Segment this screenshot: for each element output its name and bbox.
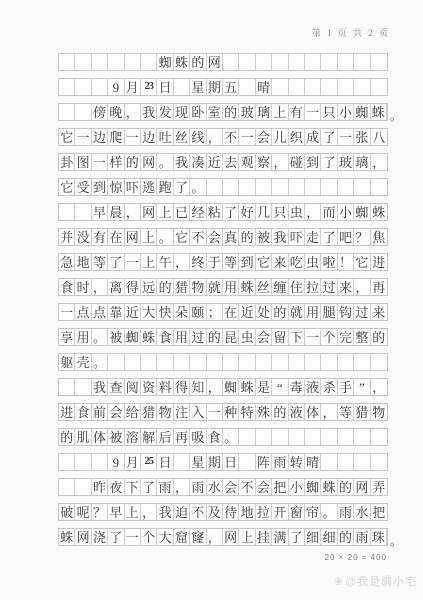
grid-cell: 用 <box>305 304 321 320</box>
grid-cell: 不 <box>239 479 255 495</box>
grid-cell: 上 <box>141 229 157 245</box>
grid-cell: 会 <box>108 404 124 420</box>
grid-cell: 到 <box>239 254 255 270</box>
grid-cell <box>223 179 239 195</box>
grid-cell <box>371 79 387 95</box>
grid-cell: 虫 <box>239 329 255 345</box>
grid-cell <box>141 54 157 70</box>
grid-cell: 会 <box>207 229 223 245</box>
grid-cell <box>354 354 370 370</box>
grid-cell: 一 <box>125 129 141 145</box>
grid-cell <box>75 454 91 470</box>
grid-cell <box>338 454 354 470</box>
watermark: ❀@我是满小宅 <box>334 573 417 589</box>
grid-cell <box>272 79 288 95</box>
grid-cell: 小 <box>338 104 354 120</box>
grid-cell <box>92 79 108 95</box>
grid-cell: 了 <box>321 129 337 145</box>
grid-cell: 用 <box>75 329 91 345</box>
grid-cell: 25 <box>141 454 157 470</box>
grid-cell <box>239 179 255 195</box>
grid-cell: 的 <box>190 54 206 70</box>
grid-cell: 蛛 <box>141 329 157 345</box>
grid-cell: 腿 <box>321 304 337 320</box>
grid-cell: 雨 <box>272 454 288 470</box>
grid-cell: 边 <box>141 129 157 145</box>
grid-cell: 昨 <box>92 479 108 495</box>
grid-cell: 钩 <box>338 304 354 320</box>
grid-cell: 它 <box>59 179 75 195</box>
grid-cell: 期 <box>207 454 223 470</box>
grid-cell <box>321 79 337 95</box>
grid-cell: 不 <box>223 129 239 145</box>
grid-cell <box>256 179 272 195</box>
grid-cell: 上 <box>239 529 255 545</box>
grid-cell: 于 <box>207 254 223 270</box>
grid-cell: 弄 <box>371 479 387 495</box>
grid-cell <box>272 179 288 195</box>
grid-cell: 离 <box>108 279 124 295</box>
grid-row: 它受到惊吓逃跑了。 <box>58 178 388 196</box>
grid-cell: 凑 <box>190 154 206 170</box>
grid-cell: 儿 <box>272 129 288 145</box>
grid-cell <box>321 454 337 470</box>
grid-cell: 网 <box>223 529 239 545</box>
grid-row: 9月25日星期日阵雨转晴 <box>58 453 388 471</box>
grid-cell: 待 <box>223 504 239 520</box>
grid-cell <box>92 54 108 70</box>
grid-cell: 日 <box>157 454 173 470</box>
grid-cell: 网 <box>354 479 370 495</box>
grid-cell <box>305 354 321 370</box>
grid-cell: 傍 <box>92 104 108 120</box>
grid-cell: 成 <box>305 129 321 145</box>
grid-cell: 及 <box>207 504 223 520</box>
grid-cell: 毒 <box>289 379 305 395</box>
grid-cell: 蛛 <box>239 279 255 295</box>
grid-cell <box>75 479 91 495</box>
grid-cell <box>59 204 75 220</box>
grid-cell: 了 <box>108 529 124 545</box>
grid-cell: 了 <box>223 204 239 220</box>
grid-row: 躯壳。 <box>58 353 388 371</box>
grid-cell: ， <box>354 279 370 295</box>
grid-cell: 观 <box>239 154 255 170</box>
grid-cell: 只 <box>321 104 337 120</box>
grid-cell: 肌 <box>75 429 91 445</box>
grid-cell: 虫 <box>289 204 305 220</box>
grid-cell: 水 <box>354 504 370 520</box>
grid-cell: 注 <box>174 404 190 420</box>
grid-cell: 一 <box>125 529 141 545</box>
grid-cell: 给 <box>125 404 141 420</box>
grid-cell: 开 <box>272 504 288 520</box>
grid-row: 食时，离得远的猎物就用蛛丝缠住拉过来，再 <box>58 278 388 296</box>
grid-cell <box>321 354 337 370</box>
grid-cell <box>174 454 190 470</box>
grid-cell: 吓 <box>289 229 305 245</box>
grid-cell: ， <box>207 129 223 145</box>
grid-cell: 月 <box>125 79 141 95</box>
grid-cell: ； <box>207 304 223 320</box>
grid-cell <box>305 79 321 95</box>
grid-cell <box>272 354 288 370</box>
grid-row: 卦图一样的网。我凑近去观察，碰到了玻璃， <box>58 153 388 171</box>
grid-cell: 上 <box>157 204 173 220</box>
grid-cell: “ <box>272 379 288 395</box>
grid-cell <box>354 79 370 95</box>
grid-cell: 的 <box>338 479 354 495</box>
grid-cell <box>371 454 387 470</box>
grid-cell: 被 <box>108 329 124 345</box>
grid-cell: 料 <box>157 379 173 395</box>
grid-cell: 受 <box>75 179 91 195</box>
grid-cell: 吸 <box>190 429 206 445</box>
grid-cell <box>272 429 288 445</box>
grid-cell: 快 <box>157 304 173 320</box>
grid-cell: ” <box>354 379 370 395</box>
grid-cell <box>239 454 255 470</box>
grid-cell <box>289 429 305 445</box>
grid-cell: 终 <box>190 254 206 270</box>
grid-cell: 。 <box>321 504 337 520</box>
grid-cell <box>305 179 321 195</box>
grid-cell: 惊 <box>108 179 124 195</box>
grid-cell: 的 <box>59 429 75 445</box>
grid-cell: ， <box>207 529 223 545</box>
grid-cell: 不 <box>190 504 206 520</box>
grid-cell: 会 <box>256 329 272 345</box>
grid-cell: ， <box>92 279 108 295</box>
grid-cell: 我 <box>92 379 108 395</box>
grid-cell: 没 <box>75 229 91 245</box>
grid-cell: 就 <box>289 304 305 320</box>
grid-cell: 得 <box>125 279 141 295</box>
grid-cell <box>223 54 239 70</box>
grid-cell: ？ <box>354 229 370 245</box>
grid-cell: ， <box>305 204 321 220</box>
grid-cell: 了 <box>108 254 124 270</box>
grid-cell: 样 <box>108 154 124 170</box>
grid-cell: 边 <box>92 129 108 145</box>
grid-cell: 点 <box>75 304 91 320</box>
grid-cell <box>239 354 255 370</box>
grid-cell: 真 <box>223 229 239 245</box>
grid-cell: 雨 <box>190 479 206 495</box>
grid-cell: 粘 <box>207 204 223 220</box>
grid-cell: 星 <box>190 454 206 470</box>
grid-cell <box>75 379 91 395</box>
grid-cell: 网 <box>141 204 157 220</box>
grid-cell: 大 <box>141 304 157 320</box>
grid-cell: 。 <box>223 429 239 445</box>
grid-cell: ， <box>141 504 157 520</box>
grid-cell: 整 <box>354 329 370 345</box>
grid-cell: 23 <box>141 79 157 95</box>
grid-cell: 到 <box>305 154 321 170</box>
grid-cell: 张 <box>354 129 370 145</box>
grid-cell <box>354 179 370 195</box>
grid-cell: ， <box>174 479 190 495</box>
grid-cell <box>141 354 157 370</box>
grid-cell: 丝 <box>174 129 190 145</box>
grid-cell: 玻 <box>338 154 354 170</box>
grid-cell: 网 <box>125 229 141 245</box>
grid-cell: 挂 <box>256 529 272 545</box>
grid-cell: 朵 <box>174 304 190 320</box>
grid-cell <box>371 429 387 445</box>
grid-cell: 破 <box>59 504 75 520</box>
grid-cell: 我 <box>174 154 190 170</box>
grid-cell: 下 <box>289 329 305 345</box>
grid-cell: 。 <box>92 354 108 370</box>
grid-cell: 种 <box>223 404 239 420</box>
grid-cell: 的 <box>207 329 223 345</box>
grid-cell <box>289 79 305 95</box>
grid-cell <box>108 54 124 70</box>
grid-cell <box>207 179 223 195</box>
grid-row: 蛛网浇了一个大窟窿，网上挂满了细细的雨珠。 <box>58 528 388 546</box>
grid-cell: 一 <box>92 154 108 170</box>
grid-cell: 手 <box>338 379 354 395</box>
grid-cell: 只 <box>272 204 288 220</box>
grid-cell: 食 <box>157 329 173 345</box>
grid-cell: 我 <box>272 229 288 245</box>
grid-cell: 上 <box>272 104 288 120</box>
grid-cell: 五 <box>223 79 239 95</box>
grid-cell <box>59 479 75 495</box>
overflow-punctuation: 。 <box>390 110 402 122</box>
grid-cell: 并 <box>59 229 75 245</box>
grid-cell: 月 <box>125 454 141 470</box>
grid-cell: 。 <box>157 229 173 245</box>
grid-cell: ， <box>371 379 387 395</box>
grid-cell <box>371 354 387 370</box>
grid-cell: 就 <box>207 279 223 295</box>
grid-cell: 了 <box>289 529 305 545</box>
grid-cell: 近 <box>207 154 223 170</box>
grid-cell <box>239 79 255 95</box>
grid-cell: 把 <box>272 479 288 495</box>
grid-cell: 它 <box>174 229 190 245</box>
grid-cell: 知 <box>190 379 206 395</box>
grid-cell: 颐 <box>190 304 206 320</box>
grid-cell: 把 <box>371 504 387 520</box>
grid-cell: 日 <box>223 454 239 470</box>
grid-cell <box>207 354 223 370</box>
grid-cell: 图 <box>75 154 91 170</box>
grid-cell: 发 <box>157 104 173 120</box>
grid-cell: 蛛 <box>59 529 75 545</box>
grid-cell: 过 <box>190 329 206 345</box>
grid-cell: 的 <box>223 104 239 120</box>
grid-cell: 的 <box>157 279 173 295</box>
grid-cell: 近 <box>125 304 141 320</box>
grid-cell: 晨 <box>108 204 124 220</box>
grid-cell <box>338 429 354 445</box>
grid-cell: 它 <box>354 254 370 270</box>
grid-row: 蜘蛛的网 <box>58 53 388 71</box>
grid-cell: 蜘 <box>223 379 239 395</box>
grid-cell: 线 <box>190 129 206 145</box>
grid-cell: 到 <box>92 179 108 195</box>
grid-cell <box>75 54 91 70</box>
grid-cell: 一 <box>207 404 223 420</box>
grid-cell: 卦 <box>59 154 75 170</box>
grid-cell: 蜘 <box>354 104 370 120</box>
grid-cell <box>256 354 272 370</box>
grid-cell: 网 <box>75 529 91 545</box>
grid-cell <box>157 354 173 370</box>
grid-cell: 的 <box>338 529 354 545</box>
grid-cell: 上 <box>141 254 157 270</box>
grid-cell: 焦 <box>371 229 387 245</box>
grid-cell: 一 <box>305 104 321 120</box>
overflow-punctuation: 。 <box>390 535 402 547</box>
grid-cell: 近 <box>239 304 255 320</box>
grid-cell <box>338 179 354 195</box>
grid-cell: 一 <box>125 254 141 270</box>
grid-cell: 住 <box>289 279 305 295</box>
grid-cell: 解 <box>141 429 157 445</box>
grid-cell <box>321 54 337 70</box>
grid-cell: 不 <box>190 229 206 245</box>
grid-cell: 满 <box>272 529 288 545</box>
grid-cell: 来 <box>371 304 387 320</box>
grid-cell: 现 <box>174 104 190 120</box>
grid-cell: 啦 <box>321 254 337 270</box>
grid-cell <box>371 179 387 195</box>
grid-cell: 缠 <box>272 279 288 295</box>
grid-cell: 它 <box>256 254 272 270</box>
grid-cell: 体 <box>92 429 108 445</box>
grid-cell <box>338 354 354 370</box>
grid-cell: 我 <box>157 504 173 520</box>
grid-cell: 跑 <box>157 179 173 195</box>
grid-cell: 猎 <box>174 279 190 295</box>
grid-cell <box>289 179 305 195</box>
grid-row: 的肌体被溶解后再吸食。 <box>58 428 388 446</box>
grid-cell: 八 <box>371 129 387 145</box>
grid-cell: 等 <box>223 254 239 270</box>
grid-cell: 享 <box>59 329 75 345</box>
grid-cell: 再 <box>174 429 190 445</box>
grid-cell: 液 <box>289 404 305 420</box>
grid-cell <box>289 54 305 70</box>
grid-cell: 一 <box>338 129 354 145</box>
grid-cell: ， <box>272 154 288 170</box>
grid-cell: 再 <box>371 279 387 295</box>
grid-cell <box>338 79 354 95</box>
grid-row: 傍晚，我发现卧室的玻璃上有一只小蜘蛛。 <box>58 103 388 121</box>
grid-cell: 用 <box>174 329 190 345</box>
grid-cell: 窿 <box>190 529 206 545</box>
grid-row: 一点点靠近大快朵颐；在近处的就用腿钩过来 <box>58 303 388 321</box>
grid-cell: ， <box>125 104 141 120</box>
grid-cell: 的 <box>125 154 141 170</box>
grid-cell: 被 <box>256 229 272 245</box>
grid-cell: 玻 <box>239 104 255 120</box>
grid-row: 早晨，网上已经粘了好几只虫，而小蜘蛛 <box>58 203 388 221</box>
grid-cell: 后 <box>157 429 173 445</box>
grid-cell: 点 <box>92 304 108 320</box>
grid-cell: 食 <box>75 404 91 420</box>
grid-cell: 室 <box>207 104 223 120</box>
grid-cell: 进 <box>371 254 387 270</box>
grid-cell: 小 <box>338 204 354 220</box>
grid-cell: 体 <box>305 404 321 420</box>
grid-cell <box>256 54 272 70</box>
grid-cell <box>289 354 305 370</box>
grid-cell: 急 <box>59 254 75 270</box>
grid-cell: 的 <box>371 329 387 345</box>
grid-cell: 。 <box>190 179 206 195</box>
grid-cell: 上 <box>125 504 141 520</box>
grid-cell: 帘 <box>305 504 321 520</box>
grid-cell <box>321 429 337 445</box>
grid-cell: 吓 <box>125 179 141 195</box>
grid-cell: 小 <box>289 479 305 495</box>
grid-cell: 了 <box>174 179 190 195</box>
grid-cell: 处 <box>256 304 272 320</box>
grid-cell: 得 <box>174 379 190 395</box>
grid-cell <box>256 429 272 445</box>
grid-cell: 珠 <box>371 529 387 545</box>
grid-cell: 雨 <box>354 529 370 545</box>
grid-cell: ， <box>371 154 387 170</box>
grid-cell: 等 <box>338 404 354 420</box>
grid-cell: 几 <box>256 204 272 220</box>
grid-cell: ， <box>207 379 223 395</box>
grid-cell: 一 <box>239 129 255 145</box>
grid-cell <box>239 429 255 445</box>
grid-cell: 躯 <box>59 354 75 370</box>
grid-cell: 蜘 <box>125 329 141 345</box>
grid-cell: 吃 <box>289 254 305 270</box>
grid-cell: 。 <box>92 329 108 345</box>
grid-cell: 窟 <box>174 529 190 545</box>
grid-cell: 过 <box>354 304 370 320</box>
grid-cell: 食 <box>59 279 75 295</box>
grid-cell: 虫 <box>305 254 321 270</box>
grid-cell: 蜘 <box>305 479 321 495</box>
grid-cell <box>75 79 91 95</box>
grid-cell: 蛛 <box>371 104 387 120</box>
grid-cell: 阵 <box>256 454 272 470</box>
grid-cell: 逃 <box>141 179 157 195</box>
grid-cell: 蛛 <box>321 479 337 495</box>
grid-cell <box>272 54 288 70</box>
grid-cell: 食 <box>207 429 223 445</box>
page-indicator: 第 1 页 共 2 页 <box>312 26 390 39</box>
grid-cell: 个 <box>321 329 337 345</box>
grid-cell: 会 <box>223 479 239 495</box>
grid-cell: 它 <box>59 129 75 145</box>
grid-cell <box>75 204 91 220</box>
grid-cell: 已 <box>174 204 190 220</box>
grid-cell: 的 <box>272 404 288 420</box>
grid-cell: 早 <box>108 504 124 520</box>
grid-cell <box>239 54 255 70</box>
grid-cell: 蜘 <box>354 204 370 220</box>
grid-cell: 爬 <box>108 129 124 145</box>
grid-cell: 壳 <box>75 354 91 370</box>
grid-cell <box>59 454 75 470</box>
grid-cell: 猎 <box>354 404 370 420</box>
grid-row: 我查阅资料得知，蜘蛛是“毒液杀手”， <box>58 378 388 396</box>
grid-row: 昨夜下了雨，雨水会不会把小蜘蛛的网弄 <box>58 478 388 496</box>
grid-cell: 殊 <box>256 404 272 420</box>
